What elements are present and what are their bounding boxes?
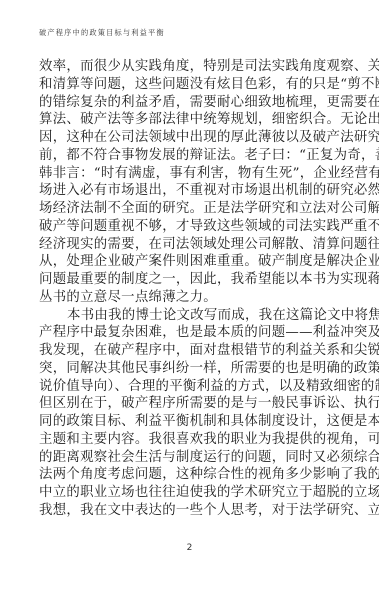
- text-line: 和清算等问题，这些问题没有炫目色彩，有的只是“剪不断、理还乱”: [39, 76, 343, 94]
- text-line: 我发现，在破产程序中，面对盘根错节的利益关系和尖锐的利益冲: [39, 342, 343, 360]
- paragraph-start-line: 本书由我的博士论文改写而成，我在这篇论文中将焦点置于破: [39, 307, 343, 325]
- text-line: 突，同解决其他民事纠纷一样，所需要的也是明确的政策目标（或者: [39, 360, 343, 378]
- running-header: 破产程序中的政策目标与利益平衡: [39, 28, 165, 38]
- text-line: 产程序中最复杂困难，也是最本质的问题——利益冲突及其协调。: [39, 324, 343, 342]
- text-line: 经济现实的需要，在司法领域处理公司解散、清算问题往往无所适: [39, 236, 343, 254]
- text-line: 场经济法制不全面的研究。正是法学研究和立法对公司解散、公司: [39, 200, 343, 218]
- text-line: 但区别在于，破产程序所需要的是与一般民事诉讼、执行程序所不: [39, 395, 343, 413]
- text-line: 同的政策目标、利益平衡机制和具体制度设计，这便是本文的研究: [39, 413, 343, 431]
- text-line: 我想，我在文中表达的一些个人思考，对于法学研究、立法和司法实: [39, 502, 343, 520]
- text-line: 问题最重要的制度之一，因此，我希望能以本书为实现蒋教授这套: [39, 271, 343, 289]
- page-number: 2: [0, 543, 379, 553]
- text-line: 韩非言：“时有满虚，事有利害，物有生死”，企业经营有荣有衰，有市: [39, 165, 343, 183]
- text-line: 破产等问题重视不够，才导致这些领域的司法实践严重不适应社会: [39, 218, 343, 236]
- text-line: 从，处理企业破产案件则困难重重。破产制度是解决企业财务危机: [39, 253, 343, 271]
- text-line: 法两个角度考虑问题，这种综合性的视角多少影响了我的思维，而: [39, 466, 343, 484]
- text-line: 算法、破产法等多部法律中统筹规划，细密织合。无论出于何种原: [39, 111, 343, 129]
- paragraph-end-line: 丛书的立意尽一点绵薄之力。: [39, 289, 343, 307]
- text-line: 因，这种在公司法领域中出现的厚此薄彼以及破产法研究的迟滞不: [39, 129, 343, 147]
- text-line: 主题和主要内容。我很喜欢我的职业为我提供的视角，可以在最近: [39, 431, 343, 449]
- text-line: 的距离观察社会生活与制度运行的问题，同时又必须综合立法与司: [39, 449, 343, 467]
- body-text: 效率，而很少从实践角度，特别是司法实践角度观察、关注公司解散 和清算等问题，这些…: [39, 58, 343, 520]
- text-line: 的错综复杂的利益矛盾，需要耐心细致地梳理，更需要在公司法、清: [39, 94, 343, 112]
- text-line: 前，都不符合事物发展的辩证法。老子曰：“正复为奇，善复为妖”；: [39, 147, 343, 165]
- text-line: 说价值导向）、合理的平衡利益的方式，以及精致细密的制度设计。: [39, 378, 343, 396]
- text-line: 场进入必有市场退出，不重视对市场退出机制的研究必然导致对市: [39, 182, 343, 200]
- text-line: 中立的职业立场也往往迫使我的学术研究立于超脱的立场。于是，: [39, 484, 343, 502]
- text-line: 效率，而很少从实践角度，特别是司法实践角度观察、关注公司解散: [39, 58, 343, 76]
